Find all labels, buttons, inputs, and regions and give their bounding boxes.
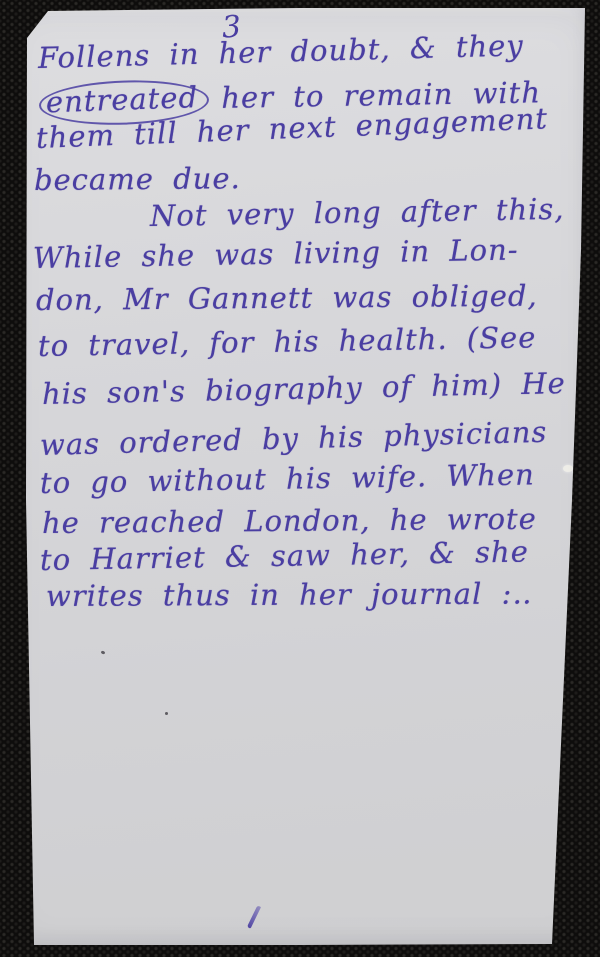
manuscript-line: to travel, for his health. (See xyxy=(38,320,537,363)
manuscript-line: Follens in her doubt, & they xyxy=(38,28,525,75)
manuscript-paper: 3 Follens in her doubt, & theyentreated … xyxy=(0,0,600,957)
paper-edge-chip xyxy=(563,465,573,472)
manuscript-line: was ordered by his physicians xyxy=(40,415,548,462)
paper-speck xyxy=(165,712,168,715)
manuscript-line: don, Mr Gannett was obliged, xyxy=(36,279,538,317)
stray-ink-mark xyxy=(247,905,261,928)
manuscript-line: he reached London, he wrote xyxy=(42,502,537,540)
manuscript-line: While she was living in Lon- xyxy=(33,233,519,275)
manuscript-line: to go without his wife. When xyxy=(40,457,535,500)
manuscript-line: became due. xyxy=(34,161,241,197)
paper-speck xyxy=(101,650,106,654)
manuscript-line: his son's biography of him) He xyxy=(42,366,566,411)
manuscript-line: to Harriet & saw her, & she xyxy=(40,534,529,577)
manuscript-line: Not very long after this, xyxy=(150,192,565,233)
manuscript-line: writes thus in her journal :‥ xyxy=(46,576,533,613)
